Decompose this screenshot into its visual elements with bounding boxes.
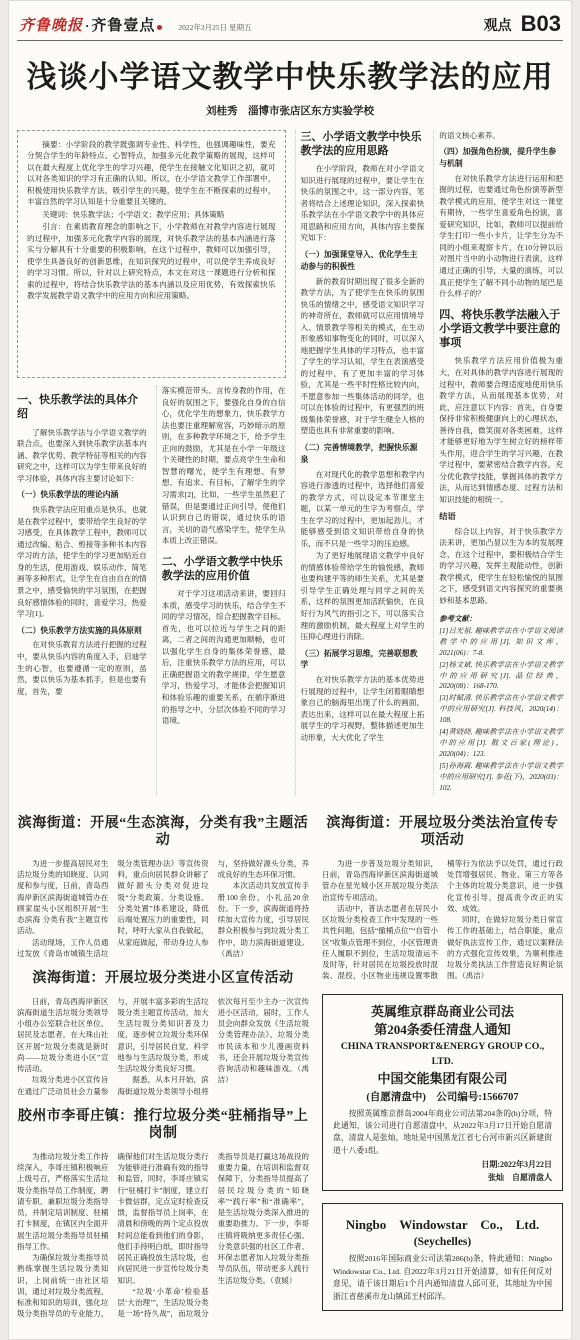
briefs-left-stack: 滨海街道：开展“生态滨海，分类有我”主题活动 为进一步提高居民对生活垃圾分类的知… <box>17 811 309 1331</box>
body-paragraph: 对于学习这项活动来讲，要回归本质，感受学习的快乐，结合学生不同的学习情况，综合把… <box>162 588 286 726</box>
abstract-text: 摘要：小学阶段的教学既强调专业性、科学性，也强调趣味性，要充分契合学生的年龄特点… <box>27 139 276 208</box>
keywords-text: 关键词：快乐教学法；小学语文；教学应用；具体策略 <box>27 209 276 221</box>
newspaper-logo: 齐鲁晚报 · 齐鲁壹点 <box>19 14 162 35</box>
section-heading-1: 一、快乐教学法的具体介绍 <box>17 393 147 422</box>
reference-item: [5]孙海霞. 趣味教学法在小学语文教学中的应用研究[J]. 参花(下)，202… <box>439 761 563 794</box>
brief-paragraph: 为推动垃圾分类工作持续深入，李哥庄镇积极响应上级号召，严格落实生活垃圾分类指导员… <box>17 1151 108 1252</box>
brief-community: 滨海街道：开展垃圾分类进小区宣传活动 日前，青岛西海岸新区滨海街道生活垃圾分类领… <box>17 970 309 1097</box>
reference-item: [2]杨文斌. 快乐教学法在小学语文教学中的应用研究[J]. 品位经典，2020… <box>439 660 563 693</box>
newspaper-page: 齐鲁晚报 · 齐鲁壹点 2022年3月25日 星期五 观点 B03 浅谈小学语文… <box>8 0 572 1340</box>
brief-paragraph: 为进一步普及垃圾分类知识，日前，青岛西海岸新区滨海街道城管办在星光城小区开展垃圾… <box>322 858 438 903</box>
brief-headline: 胶州市李哥庄镇：推行垃圾分类“驻桶指导”上岗制 <box>17 1108 309 1143</box>
notice-title: 第204条委任清盘人通知 <box>333 1021 552 1040</box>
brief-headline: 滨海街道：开展垃圾分类法治宣传专项活动 <box>322 815 563 850</box>
brand-bold-text: 齐鲁壹点 <box>91 14 155 35</box>
brief-paragraph: 本次活动共发放宣传手册100余份，小礼品20余份。下一步，滨海街道将持续加大宣传… <box>218 880 309 959</box>
notice-company-no: (自愿清盘中) 公司编号:1566707 <box>333 1089 552 1104</box>
issue-date: 2022年3月25日 星期五 <box>178 22 251 35</box>
reference-item: [4]黄晓晓. 趣味教学法在小学语文教学中的应用[J]. 散文百家(理论)，20… <box>439 727 563 760</box>
brief-headline: 滨海街道：开展“生态滨海，分类有我”主题活动 <box>17 815 309 850</box>
subsection-heading: （三）拓展学习思维，完善联想教学 <box>301 648 425 672</box>
notice-title: Ningbo Windowstar Co., Ltd. <box>333 1214 552 1233</box>
notice-title: 英属维京群岛商业公司法 <box>333 1003 552 1022</box>
notice-body: 按照英属维京群岛2004年商业公司法第204条的(b)分项，特此通知，该公司进行… <box>333 1108 552 1158</box>
body-paragraph: 在对快乐教育方法进行把握的过程中，要从快乐内容的角度入手，启迪学生的心智，也要遵… <box>17 639 147 697</box>
notice-company-cn: 中国交能集团有限公司 <box>333 1070 552 1089</box>
article-body: 摘要：小学阶段的教学既强调专业性、科学性，也强调趣味性，要充分契合学生的年龄特点… <box>17 130 563 795</box>
subsection-heading: （四）加强角色扮演，提升学生参与机制 <box>439 146 563 170</box>
brand-script-text: 齐鲁晚报 <box>19 14 83 35</box>
brief-paragraph: 日前，青岛西海岸新区滨海街道生活垃圾分类领导小组办公室联合社区单位、居民及志愿者… <box>17 996 108 1075</box>
article-byline: 刘桂秀 淄博市张店区东方实验学校 <box>17 103 563 118</box>
body-paragraph: 的语文核心素养。 <box>439 130 563 142</box>
brand-separator: · <box>85 18 89 34</box>
notice-bvi-liquidation: 英属维京群岛商业公司法 第204条委任清盘人通知 CHINA TRANSPORT… <box>322 994 563 1192</box>
references-list: [1]吕光祖. 趣味教学法在小学语文阅读教学中的应用[J]. 知识文库，2021… <box>439 626 563 794</box>
body-paragraph: 在对现代化的教学思想和教学内容进行渗透的过程中，选择他们喜爱的教学方式，可以设定… <box>301 469 425 550</box>
brief-body: 为推动垃圾分类工作持续深入，李哥庄镇积极响应上级号召，严格落实生活垃圾分类指导员… <box>17 1151 309 1320</box>
briefs-right-stack: 滨海街道：开展垃圾分类法治宣传专项活动 为进一步普及垃圾分类知识，日前，青岛西海… <box>322 811 563 1331</box>
article-column-3: 三、小学语文教学中快乐教学法的应用思路 在小学阶段，教师在对小学语文知识进行展现… <box>295 130 425 795</box>
brief-paragraph: 同时，在做好垃圾分类日常宣传工作的基础上，结合职能，重点做好执法宣传工作，通过以… <box>447 914 563 982</box>
body-paragraph: 为了更好地展现语文教学中良好的情感体验带给学生的愉悦感，教师也要构建平等的师生关… <box>301 550 425 642</box>
subsection-heading: （一）加强课堂导入、优化学生主动参与的积极性 <box>301 249 425 273</box>
notice-company-en: CHINA TRANSPORT&ENERGY GROUP CO., LTD. <box>333 1040 552 1069</box>
brand-red-dot-icon <box>157 25 162 30</box>
brief-paragraph: 为进一步提高居民对生活垃圾分类的知晓度、认同度和参与度，日前，青岛西海岸新区滨海… <box>17 858 108 937</box>
body-paragraph: 在对快乐教学方法进行运用和把握的过程，也要通过角色扮演等新型教学模式的应用，使学… <box>439 173 563 300</box>
body-paragraph: 快乐教学法应用重点是快乐，也就是在教学过程中，要带给学生良好的学习感受，在具体教… <box>17 504 147 619</box>
brief-body: 为进一步提高居民对生活垃圾分类的知晓度、认同度和参与度，日前，青岛西海岸新区滨海… <box>17 858 309 959</box>
section-heading-3: 三、小学语文教学中快乐教学法的应用思路 <box>301 130 425 159</box>
brief-jiaozhou: 胶州市李哥庄镇：推行垃圾分类“驻桶指导”上岗制 为推动垃圾分类工作持续深入，李哥… <box>17 1108 309 1320</box>
body-paragraph: 快乐教学方法应用价值极为重大，在对具体的教学内容进行展现的过程中，教师要合理适度… <box>439 355 563 505</box>
section-heading-4: 四、将快乐教学法融入于小学语文教学中要注意的事项 <box>439 308 563 351</box>
notice-date: 日期:2022年3月22日 <box>333 1159 552 1170</box>
intro-text: 引言：在素质教育理念的影响之下，小学教师在对教学内容进行展现的过程中，加强多元化… <box>27 221 276 302</box>
reference-item: [1]吕光祖. 趣味教学法在小学语文阅读教学中的应用[J]. 知识文库，2021… <box>439 626 563 659</box>
article-column-1: 一、快乐教学法的具体介绍 了解快乐教学法与小学语文教学的联合点，也要深入到快乐教… <box>17 385 147 795</box>
masthead: 齐鲁晚报 · 齐鲁壹点 2022年3月25日 星期五 观点 B03 <box>17 5 563 41</box>
subsection-heading: （二）完善情境教学，把握快乐源泉 <box>301 442 425 466</box>
body-paragraph: 在对快乐教学方法的基本优势进行展现的过程中，让学生闭着眼睛想象自己的脑海里出现了… <box>301 674 425 743</box>
brief-body: 为进一步普及垃圾分类知识，日前，青岛西海岸新区滨海街道城管办在星光城小区开展垃圾… <box>322 858 563 982</box>
body-paragraph: 新的教育时期出现了很多全新的教学方法，为了使学生在快乐的氛围快乐的情绪之中，感受… <box>301 276 425 437</box>
briefs-zone: 滨海街道：开展“生态滨海，分类有我”主题活动 为进一步提高居民对生活垃圾分类的知… <box>17 811 563 1331</box>
brief-eco: 滨海街道：开展“生态滨海，分类有我”主题活动 为进一步提高居民对生活垃圾分类的知… <box>17 815 309 959</box>
notice-subtitle: (Seychelles) <box>333 1236 552 1248</box>
section-label: 观点 <box>484 15 512 35</box>
page-number: B03 <box>521 13 561 35</box>
notice-body: 按照2016年国际商业公司法第286(b)条，特此通知：Ningbo Windo… <box>333 1253 552 1303</box>
abstract-box: 摘要：小学阶段的教学既强调专业性、科学性，也强调趣味性，要充分契合学生的年龄特点… <box>17 130 286 379</box>
article-column-4: 的语文核心素养。 （四）加强角色扮演，提升学生参与机制 在对快乐教学方法进行运用… <box>433 130 563 795</box>
notice-ningbo-liquidation: Ningbo Windowstar Co., Ltd. (Seychelles)… <box>322 1203 563 1311</box>
references-heading: 参考文献： <box>439 613 563 624</box>
article-column-2: 落实模范带头、言传身教的作用，在良好的氛围之下，要强化自身的自信心，优化学生的想… <box>156 385 286 795</box>
body-paragraph: 综合以上内容，对于快乐教学方法来讲，更加凸显以生为本的发展理念，在这个过程中，要… <box>439 526 563 607</box>
body-paragraph: 了解快乐教学法与小学语文教学的联合点，也要深入到快乐教学法基本内涵、教学优势、教… <box>17 427 147 485</box>
brief-headline: 滨海街道：开展垃圾分类进小区宣传活动 <box>17 970 309 988</box>
brief-body: 日前，青岛西海岸新区滨海街道生活垃圾分类领导小组办公室联合社区单位、居民及志愿者… <box>17 996 309 1097</box>
body-paragraph: 落实模范带头、言传身教的作用，在良好的氛围之下，要强化自身的自信心，优化学生的想… <box>162 385 286 546</box>
brief-law: 滨海街道：开展垃圾分类法治宣传专项活动 为进一步普及垃圾分类知识，日前，青岛西海… <box>322 815 563 982</box>
reference-item: [3]时赋清. 快乐教学法在小学语文教学中的应用研究[J]. 科技风，2020(… <box>439 693 563 726</box>
conclusion-heading: 结语 <box>439 511 563 523</box>
body-paragraph: 在小学阶段，教师在对小学语文知识进行展现的过程中，要让学生在快乐的氛围之中，这一… <box>301 163 425 244</box>
subsection-heading: （二）快乐教学方法实施的具体原则 <box>17 625 147 637</box>
notice-signer: 张灿 自愿清盘人 <box>333 1172 552 1183</box>
section-heading-2: 二、小学语文教学中快乐教学法的应用价值 <box>162 555 286 584</box>
article-headline: 浅谈小学语文教学中快乐教学法的应用 <box>23 61 557 96</box>
subsection-heading: （一）快乐教学法的理论内涵 <box>17 489 147 501</box>
